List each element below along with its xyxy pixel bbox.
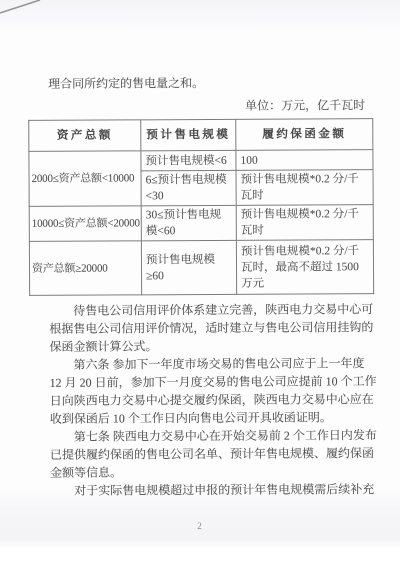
body-line: 收到保函后 10 个工作日内向售电公司开具收函证明。 — [50, 408, 367, 428]
table-row: 10000≤资产总额<20000 30≤预计售电规模<60 预计售电规模*0.2… — [29, 205, 373, 242]
body-line: 12 月 20 日前，参加下一月度交易的售电公司应提前 10 个工作 — [50, 372, 367, 392]
body-line: 对于实际售电规模超过申报的预计年售电规模需后续补充 — [50, 480, 367, 500]
table-row: 2000≤资产总额<10000 预计售电规模<6 100 — [29, 150, 373, 172]
unit-note: 单位：万元，亿千瓦时 — [48, 96, 365, 116]
scan-corner-artifact — [0, 0, 44, 16]
header-guarantee-amount: 履约保函金额 — [236, 119, 373, 151]
body-paragraphs: 待售电公司信用评价体系建立完善，陕西电力交易中心可 根据售电公司信用评价情况，适… — [49, 300, 367, 500]
amount-cell: 预计售电规模*0.2 分/千瓦时 — [236, 170, 373, 206]
scale-cell: 30≤预计售电规模<60 — [141, 205, 236, 240]
scale-cell: 6≤预计售电规模<30 — [141, 170, 236, 205]
guarantee-table: 资产总额 预计售电规模 履约保函金额 2000≤资产总额<10000 预计售电规… — [28, 118, 374, 296]
body-line: 保函金额计算公式。 — [49, 336, 366, 356]
scale-cell: 预计售电规模≥60 — [141, 240, 236, 294]
document-content: 理合同所约定的售电量之和。 单位：万元，亿千瓦时 资产总额 预计售电规模 履约保… — [48, 73, 367, 500]
asset-range-cell: 2000≤资产总额<10000 — [29, 151, 141, 207]
body-line: 第七条 陕西电力交易中心在开始交易前 2 个工作日内发布 — [50, 426, 367, 446]
page-number: 2 — [0, 521, 400, 531]
asset-range-cell: 10000≤资产总额<20000 — [29, 206, 141, 242]
body-line: 待售电公司信用评价体系建立完善，陕西电力交易中心可 — [49, 300, 366, 320]
amount-cell: 预计售电规模*0.2 分/千瓦时，最高不超过 1500 万元 — [236, 240, 373, 295]
body-line: 根据售电公司信用评价情况，适时建立与售电公司信用挂钩的 — [49, 318, 366, 338]
table-row: 资产总额≥20000 预计售电规模≥60 预计售电规模*0.2 分/千瓦时，最高… — [29, 240, 373, 296]
amount-cell: 预计售电规模*0.2 分/千瓦时 — [236, 205, 373, 241]
body-line: 日向陕西电力交易中心提交履约保函，陕西电力交易中心应在 — [50, 390, 367, 410]
header-expected-scale: 预计售电规模 — [141, 119, 236, 150]
scale-cell: 预计售电规模<6 — [141, 150, 236, 170]
amount-cell: 100 — [236, 150, 373, 171]
header-asset-total: 资产总额 — [29, 120, 141, 152]
scanned-document-page: 理合同所约定的售电量之和。 单位：万元，亿千瓦时 资产总额 预计售电规模 履约保… — [0, 0, 400, 561]
body-line: 金额等信息。 — [50, 462, 367, 482]
table-header-row: 资产总额 预计售电规模 履约保函金额 — [29, 119, 373, 152]
body-line: 第六条 参加下一年度市场交易的售电公司应于上一年度 — [49, 354, 366, 374]
intro-text: 理合同所约定的售电量之和。 — [48, 73, 365, 93]
asset-range-cell: 资产总额≥20000 — [29, 241, 141, 296]
body-line: 已提供履约保函的售电公司名单、预计年售电规模、履约保函 — [50, 444, 367, 464]
